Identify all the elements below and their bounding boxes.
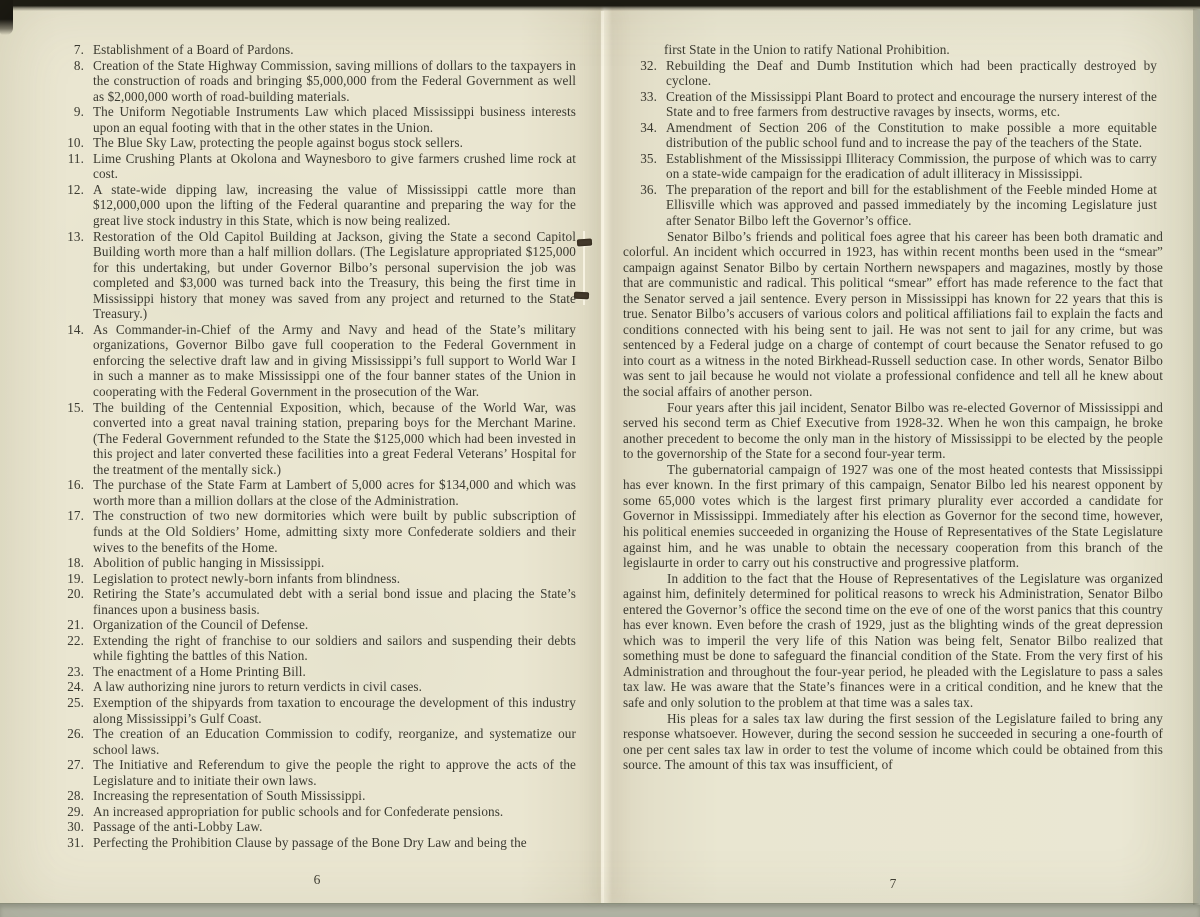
list-item: 20. Retiring the State’s accumulated deb… — [56, 586, 576, 617]
list-item-number: 35. — [629, 151, 666, 182]
list-item-number: 23. — [56, 664, 93, 680]
list-item-text: The preparation of the report and bill f… — [666, 182, 1157, 229]
list-item-number: 16. — [56, 477, 93, 508]
list-item-number: 11. — [56, 151, 93, 182]
page-right-numbered-list: 32. Rebuilding the Deaf and Dumb Institu… — [623, 58, 1163, 229]
list-item: 8. Creation of the State Highway Commiss… — [56, 58, 576, 105]
list-item: 18. Abolition of public hanging in Missi… — [56, 555, 576, 571]
list-item-number: 24. — [56, 679, 93, 695]
staple-top — [577, 238, 592, 246]
list-item: 7. Establishment of a Board of Pardons. — [56, 42, 576, 58]
list-item-text: As Commander-in-Chief of the Army and Na… — [93, 322, 576, 400]
list-item-number: 12. — [56, 182, 93, 229]
list-item: 23. The enactment of a Home Printing Bil… — [56, 664, 576, 680]
list-item: 25. Exemption of the shipyards from taxa… — [56, 695, 576, 726]
list-item-number: 30. — [56, 819, 93, 835]
page-number-right: 7 — [873, 876, 913, 892]
list-item-number: 31. — [56, 835, 93, 851]
list-item: 10. The Blue Sky Law, protecting the peo… — [56, 135, 576, 151]
list-item-text: The Blue Sky Law, protecting the people … — [93, 135, 576, 151]
list-item: 34. Amendment of Section 206 of the Cons… — [629, 120, 1157, 151]
list-item-text: Abolition of public hanging in Mississip… — [93, 555, 576, 571]
list-item-number: 34. — [629, 120, 666, 151]
list-item-number: 22. — [56, 633, 93, 664]
list-item-text: A state-wide dipping law, increasing the… — [93, 182, 576, 229]
list-item-text: Organization of the Council of Defense. — [93, 617, 576, 633]
list-item-text: The enactment of a Home Printing Bill. — [93, 664, 576, 680]
list-item: 9. The Uniform Negotiable Instruments La… — [56, 104, 576, 135]
list-item: 35. Establishment of the Mississippi Ill… — [629, 151, 1157, 182]
list-item: 15. The building of the Centennial Expos… — [56, 400, 576, 478]
list-item-text: Establishment of the Mississippi Illiter… — [666, 151, 1157, 182]
list-item: 31. Perfecting the Prohibition Clause by… — [56, 835, 576, 851]
continuation-text: first State in the Union to ratify Natio… — [664, 42, 1163, 58]
list-item-number: 8. — [56, 58, 93, 105]
list-item-text: Retiring the State’s accumulated debt wi… — [93, 586, 576, 617]
list-item-text: Establishment of a Board of Pardons. — [93, 42, 576, 58]
staple-bottom — [574, 292, 589, 300]
list-item-number: 19. — [56, 571, 93, 587]
list-item: 21. Organization of the Council of Defen… — [56, 617, 576, 633]
list-item-text: Increasing the representation of South M… — [93, 788, 576, 804]
list-item-text: The Initiative and Referendum to give th… — [93, 757, 576, 788]
list-item-number: 15. — [56, 400, 93, 478]
list-item-number: 7. — [56, 42, 93, 58]
list-item-number: 27. — [56, 757, 93, 788]
page-left-numbered-list: 7. Establishment of a Board of Pardons. … — [56, 42, 576, 850]
list-item-number: 18. — [56, 555, 93, 571]
list-item: 36. The preparation of the report and bi… — [629, 182, 1157, 229]
list-item: 17. The construction of two new dormitor… — [56, 508, 576, 555]
list-item-number: 25. — [56, 695, 93, 726]
list-item-text: Exemption of the shipyards from taxation… — [93, 695, 576, 726]
list-item-number: 17. — [56, 508, 93, 555]
list-item-text: The creation of an Education Commission … — [93, 726, 576, 757]
paragraph: In addition to the fact that the House o… — [623, 571, 1163, 711]
list-item: 16. The purchase of the State Farm at La… — [56, 477, 576, 508]
list-item-text: The construction of two new dormitories … — [93, 508, 576, 555]
list-item-number: 32. — [629, 58, 666, 89]
list-item-text: The building of the Centennial Expositio… — [93, 400, 576, 478]
list-item-number: 14. — [56, 322, 93, 400]
paragraph: Senator Bilbo’s friends and political fo… — [623, 229, 1163, 400]
list-item: 32. Rebuilding the Deaf and Dumb Institu… — [629, 58, 1157, 89]
list-item: 33. Creation of the Mississippi Plant Bo… — [629, 89, 1157, 120]
scan-edge-top — [0, 0, 1200, 11]
paragraph: Four years after this jail incident, Sen… — [623, 400, 1163, 462]
page-right-paragraphs: Senator Bilbo’s friends and political fo… — [623, 229, 1163, 773]
list-item-text: Creation of the State Highway Commission… — [93, 58, 576, 105]
list-item: 13. Restoration of the Old Capitol Build… — [56, 229, 576, 322]
list-item-text: Passage of the anti-Lobby Law. — [93, 819, 576, 835]
list-item: 24. A law authorizing nine jurors to ret… — [56, 679, 576, 695]
list-item: 14. As Commander-in-Chief of the Army an… — [56, 322, 576, 400]
list-item-text: The Uniform Negotiable Instruments Law w… — [93, 104, 576, 135]
scan-edge-bottom — [0, 903, 1200, 917]
list-item: 28. Increasing the representation of Sou… — [56, 788, 576, 804]
list-item-text: Lime Crushing Plants at Okolona and Wayn… — [93, 151, 576, 182]
scan-edge-right — [1193, 9, 1200, 905]
paragraph: His pleas for a sales tax law during the… — [623, 711, 1163, 773]
list-item-text: Creation of the Mississippi Plant Board … — [666, 89, 1157, 120]
scan-corner-mark — [0, 0, 13, 35]
list-item: 30. Passage of the anti-Lobby Law. — [56, 819, 576, 835]
paragraph: The gubernatorial campaign of 1927 was o… — [623, 462, 1163, 571]
list-item-text: Amendment of Section 206 of the Constitu… — [666, 120, 1157, 151]
list-item-number: 26. — [56, 726, 93, 757]
list-item-number: 20. — [56, 586, 93, 617]
list-item-text: Perfecting the Prohibition Clause by pas… — [93, 835, 576, 851]
list-item: 11. Lime Crushing Plants at Okolona and … — [56, 151, 576, 182]
page-number-left: 6 — [297, 872, 337, 888]
list-item-text: An increased appropriation for public sc… — [93, 804, 576, 820]
list-item-number: 36. — [629, 182, 666, 229]
list-item: 26. The creation of an Education Commiss… — [56, 726, 576, 757]
page-right-content: first State in the Union to ratify Natio… — [623, 42, 1163, 773]
list-item-number: 29. — [56, 804, 93, 820]
book-gutter-fold — [601, 11, 604, 903]
list-item-text: Extending the right of franchise to our … — [93, 633, 576, 664]
list-item-text: A law authorizing nine jurors to return … — [93, 679, 576, 695]
list-item-text: The purchase of the State Farm at Lamber… — [93, 477, 576, 508]
list-item-text: Legislation to protect newly-born infant… — [93, 571, 576, 587]
list-item: 29. An increased appropriation for publi… — [56, 804, 576, 820]
list-item: 12. A state-wide dipping law, increasing… — [56, 182, 576, 229]
list-item: 19. Legislation to protect newly-born in… — [56, 571, 576, 587]
list-item-text: Restoration of the Old Capitol Building … — [93, 229, 576, 322]
list-item-number: 21. — [56, 617, 93, 633]
list-item-number: 9. — [56, 104, 93, 135]
list-item: 22. Extending the right of franchise to … — [56, 633, 576, 664]
list-item-text: Rebuilding the Deaf and Dumb Institution… — [666, 58, 1157, 89]
book-scan: 7. Establishment of a Board of Pardons. … — [0, 0, 1200, 917]
list-item-number: 10. — [56, 135, 93, 151]
list-item-number: 33. — [629, 89, 666, 120]
list-item: 27. The Initiative and Referendum to giv… — [56, 757, 576, 788]
list-item-number: 28. — [56, 788, 93, 804]
list-item-number: 13. — [56, 229, 93, 322]
